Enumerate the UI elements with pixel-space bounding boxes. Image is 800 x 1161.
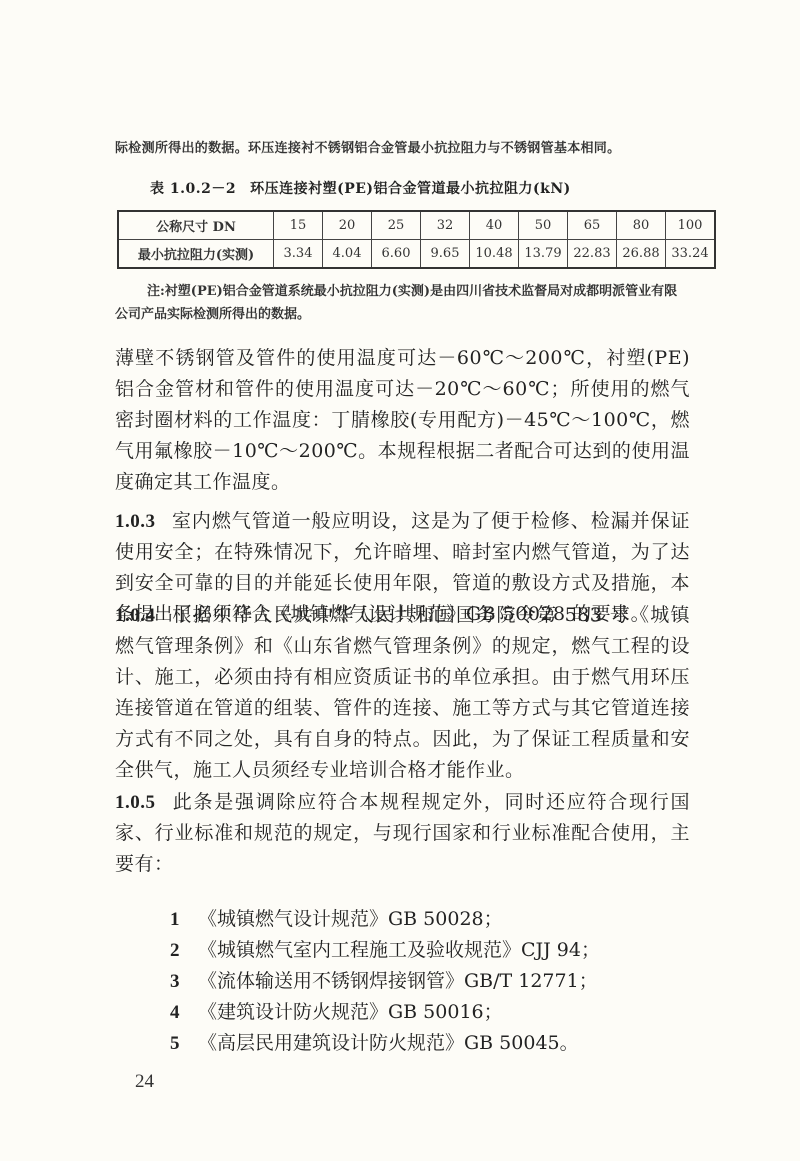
list-item: 2《城镇燃气室内工程施工及验收规范》CJJ 94； (170, 935, 600, 966)
table-cell: 20 (323, 211, 372, 240)
page-number: 24 (135, 1071, 154, 1093)
row-header: 最小抗拉阻力(实测) (118, 240, 274, 269)
table-cell: 40 (470, 211, 519, 240)
tensile-resistance-table: 公称尺寸 DN 15 20 25 32 40 50 65 80 100 最小抗拉… (117, 210, 716, 269)
table-cell: 22.83 (568, 240, 617, 269)
table-cell: 50 (519, 211, 568, 240)
clause-number: 1.0.5 (115, 792, 156, 813)
table-caption: 表 1.0.2－2环压连接衬塑(PE)铝合金管道最小抗拉阻力(kN) (150, 178, 571, 198)
list-text: 《城镇燃气室内工程施工及验收规范》CJJ 94； (198, 939, 600, 961)
list-index: 5 (170, 1028, 198, 1059)
table-cell: 15 (274, 211, 323, 240)
table-cell: 25 (372, 211, 421, 240)
list-item: 3《流体输送用不锈钢焊接钢管》GB/T 12771； (170, 966, 600, 997)
table-cell: 32 (421, 211, 470, 240)
table-cell: 13.79 (519, 240, 568, 269)
clause-text: 根据中华人民共中华人民共和国国务院令第 583 号《城镇燃气管理条例》和《山东省… (115, 604, 690, 781)
clause-1-0-5: 1.0.5此条是强调除应符合本规程规定外，同时还应符合现行国家、行业标准和规范的… (115, 787, 690, 880)
intro-continuation-text: 际检测所得出的数据。环压连接衬不锈钢铝合金管最小抗拉阻力与不锈钢管基本相同。 (115, 137, 620, 156)
table-cell: 9.65 (421, 240, 470, 269)
table-row-nominal-size: 公称尺寸 DN 15 20 25 32 40 50 65 80 100 (118, 211, 715, 240)
list-index: 4 (170, 997, 198, 1028)
table-note: 注:衬塑(PE)铝合金管道系统最小抗拉阻力(实测)是由四川省技术监督局对成都明派… (115, 280, 690, 326)
table-caption-number: 表 1.0.2－2 (150, 181, 236, 197)
clause-1-0-4: 1.0.4根据中华人民共中华人民共和国国务院令第 583 号《城镇燃气管理条例》… (115, 600, 690, 786)
clause-text: 此条是强调除应符合本规程规定外，同时还应符合现行国家、行业标准和规范的规定，与现… (115, 791, 690, 875)
list-item: 1《城镇燃气设计规范》GB 50028； (170, 904, 600, 935)
list-text: 《高层民用建筑设计防火规范》GB 50045。 (198, 1032, 579, 1054)
standards-list: 1《城镇燃气设计规范》GB 50028； 2《城镇燃气室内工程施工及验收规范》C… (170, 904, 600, 1059)
clause-number: 1.0.4 (115, 605, 156, 626)
list-index: 1 (170, 904, 198, 935)
list-index: 2 (170, 935, 198, 966)
table-cell: 33.24 (666, 240, 716, 269)
paragraph-temperature: 薄壁不锈钢管及管件的使用温度可达－60℃～200℃，衬塑(PE)铝合金管材和管件… (115, 343, 690, 498)
list-text: 《建筑设计防火规范》GB 50016； (198, 1001, 503, 1023)
list-text: 《流体输送用不锈钢焊接钢管》GB/T 12771； (198, 970, 598, 992)
list-text: 《城镇燃气设计规范》GB 50028； (198, 908, 503, 930)
clause-number: 1.0.3 (115, 511, 156, 532)
list-item: 5《高层民用建筑设计防火规范》GB 50045。 (170, 1028, 600, 1059)
table-cell: 6.60 (372, 240, 421, 269)
table-cell: 3.34 (274, 240, 323, 269)
row-header: 公称尺寸 DN (118, 211, 274, 240)
list-index: 3 (170, 966, 198, 997)
document-page: 际检测所得出的数据。环压连接衬不锈钢铝合金管最小抗拉阻力与不锈钢管基本相同。 表… (0, 0, 800, 1161)
list-item: 4《建筑设计防火规范》GB 50016； (170, 997, 600, 1028)
table-cell: 80 (617, 211, 666, 240)
table-cell: 10.48 (470, 240, 519, 269)
table-cell: 26.88 (617, 240, 666, 269)
table-row-min-tensile: 最小抗拉阻力(实测) 3.34 4.04 6.60 9.65 10.48 13.… (118, 240, 715, 269)
table-caption-title: 环压连接衬塑(PE)铝合金管道最小抗拉阻力(kN) (250, 181, 571, 197)
table-cell: 4.04 (323, 240, 372, 269)
table-cell: 65 (568, 211, 617, 240)
table-cell: 100 (666, 211, 716, 240)
